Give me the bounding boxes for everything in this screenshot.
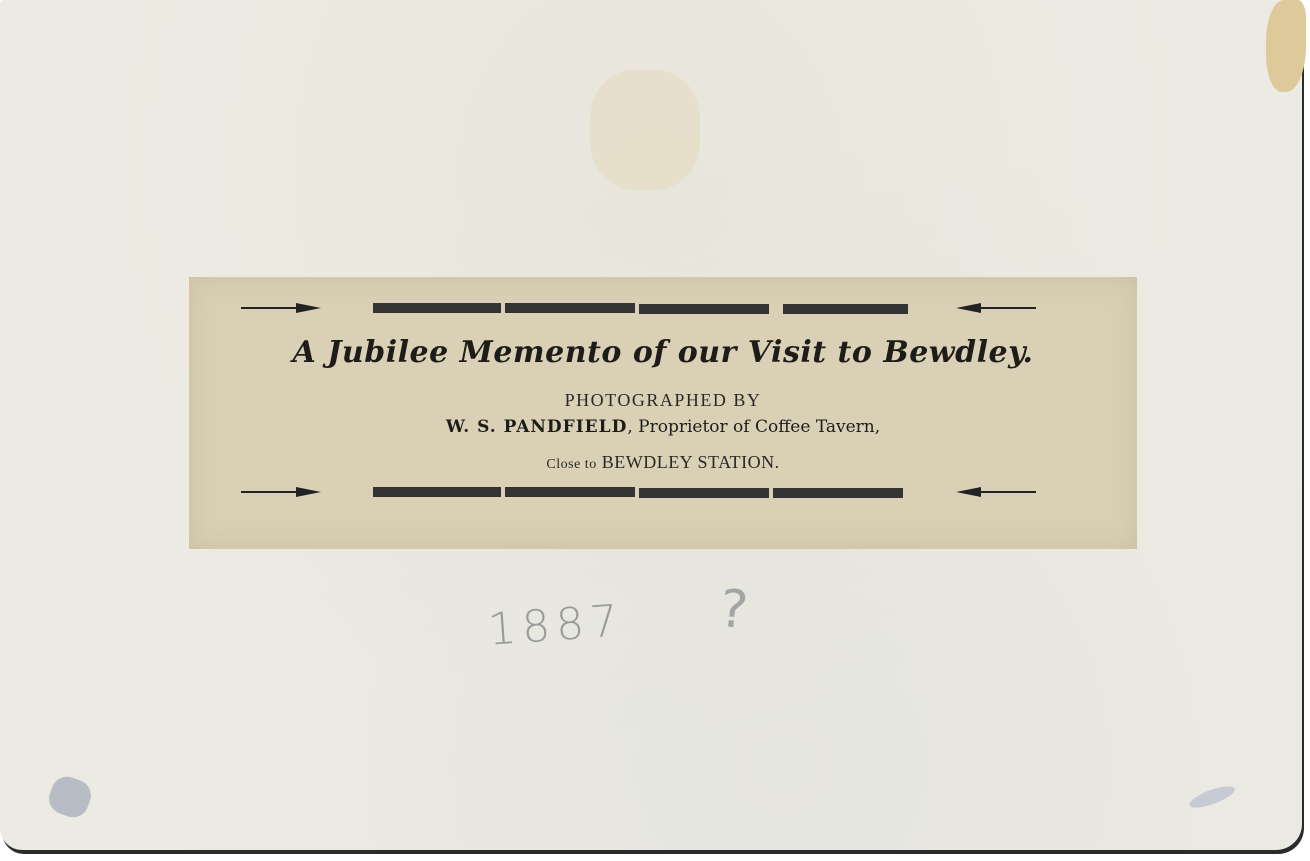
location-line: Close to BEWDLEY STATION. — [189, 452, 1137, 473]
paper-tear-bottom-right — [1187, 782, 1237, 812]
handwritten-year: 1887 — [486, 595, 625, 655]
photographer-role: , Proprietor of Coffee Tavern, — [627, 417, 880, 437]
printed-label: A Jubilee Memento of our Visit to Bewdle… — [189, 277, 1137, 549]
location: BEWDLEY STATION. — [602, 452, 780, 472]
photographer-name: W. S. PANDFIELD — [446, 417, 627, 437]
corner-tear — [1266, 0, 1306, 92]
label-title: A Jubilee Memento of our Visit to Bewdle… — [189, 335, 1137, 370]
stain — [590, 70, 700, 190]
photographer-line: W. S. PANDFIELD, Proprietor of Coffee Ta… — [189, 417, 1137, 437]
handwritten-question-mark: ? — [717, 579, 751, 642]
paper-tear-bottom-left — [45, 772, 96, 821]
ornamental-rule-top-icon — [241, 301, 1036, 315]
ornamental-rule-bottom-icon — [241, 485, 1036, 499]
location-prefix: Close to — [546, 457, 596, 472]
photographed-by: PHOTOGRAPHED BY — [189, 390, 1137, 411]
card-back: A Jubilee Memento of our Visit to Bewdle… — [0, 0, 1302, 850]
